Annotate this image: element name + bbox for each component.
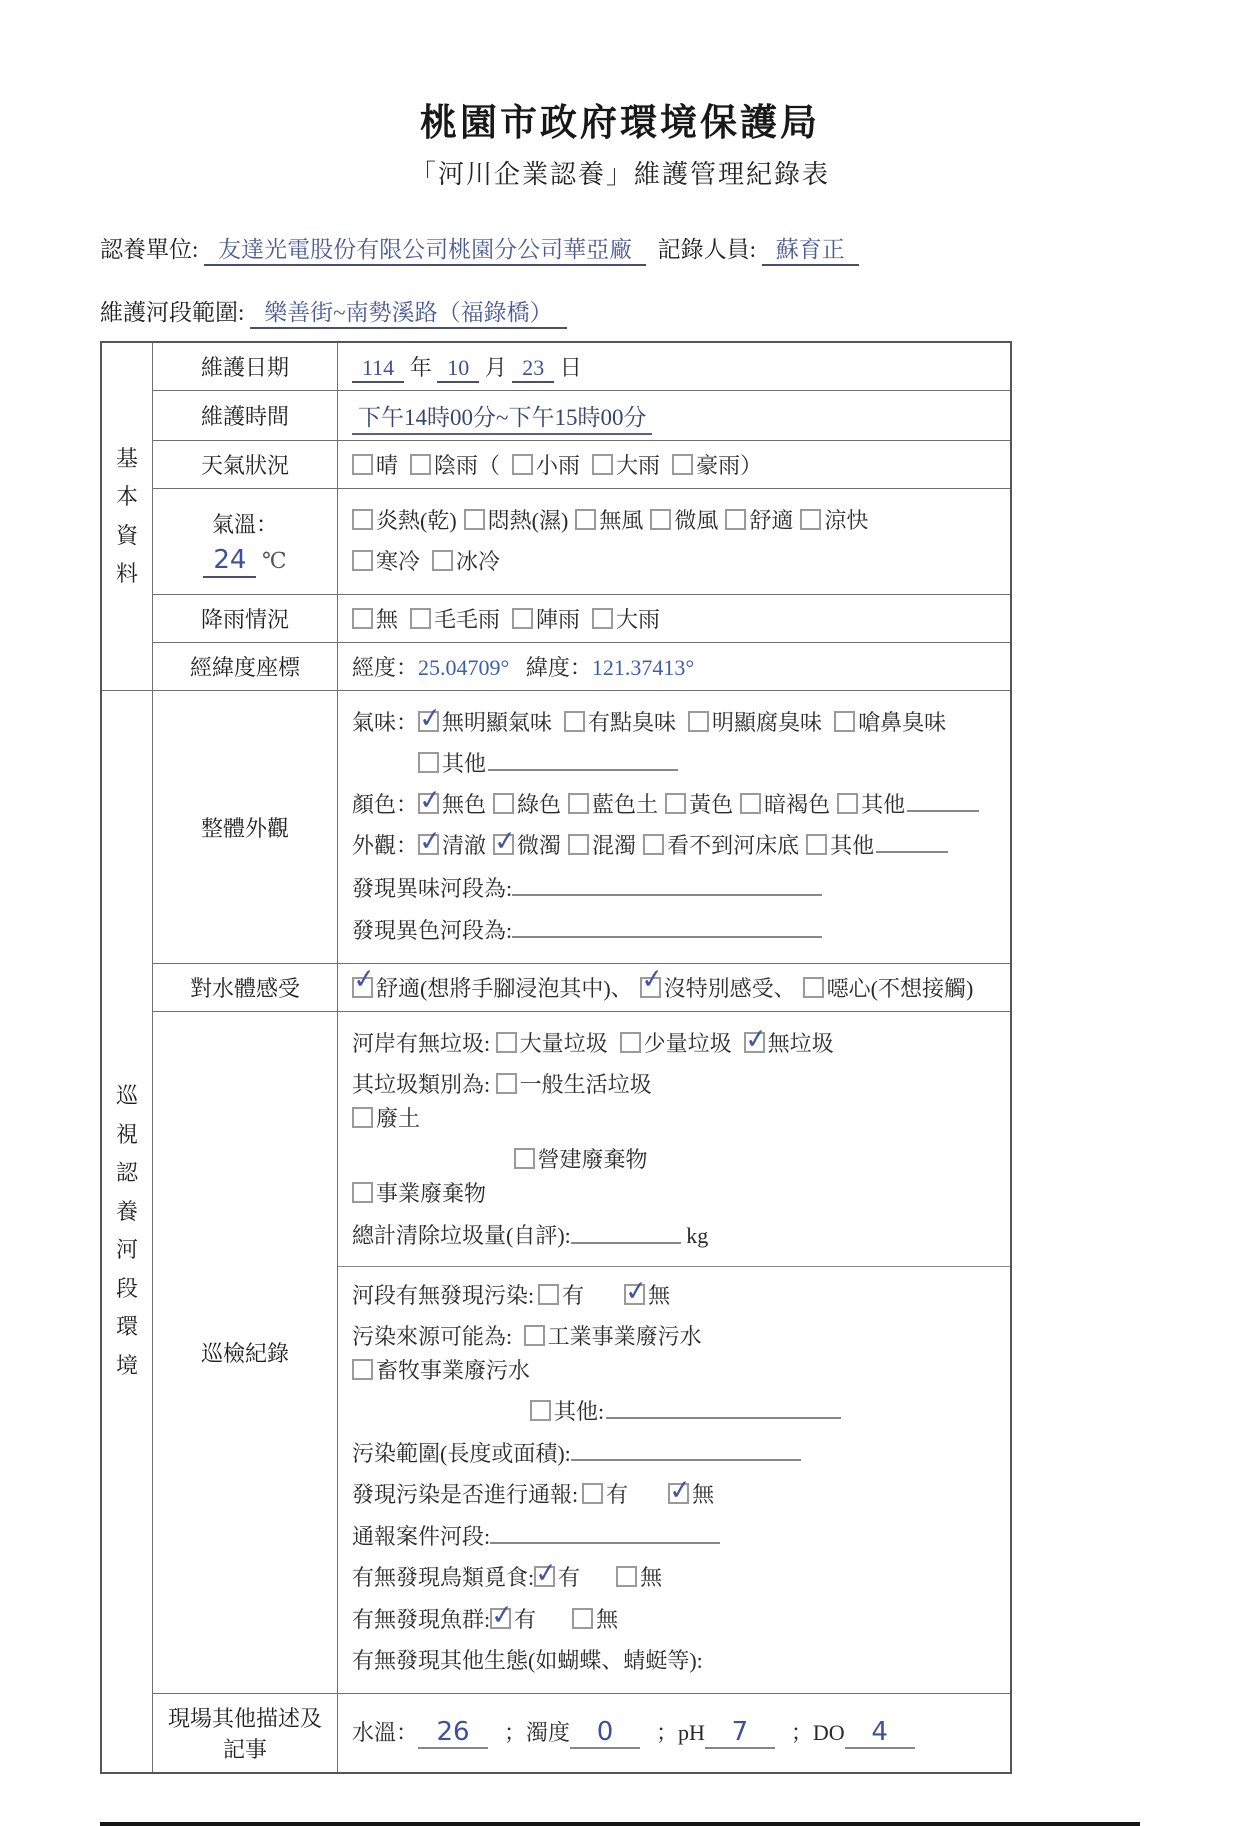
checkbox-option[interactable]: ✓無	[624, 1279, 670, 1313]
date-month-unit: 月	[485, 355, 507, 380]
checkbox-option[interactable]: ✓冰冷	[432, 545, 500, 579]
checkbox: ✓	[352, 550, 373, 571]
temperature-options-cell: ✓炎熱(乾)✓悶熱(濕)✓無風✓微風✓舒適✓涼快 ✓寒冷✓冰冷	[338, 489, 1012, 595]
unit-label: 認養單位:	[100, 237, 198, 262]
checkbox: ✓	[592, 454, 613, 475]
checkbox-option[interactable]: ✓少量垃圾	[620, 1027, 732, 1061]
checkbox: ✓	[806, 834, 827, 855]
checkbox-option[interactable]: ✓有	[490, 1603, 536, 1637]
date-month-value[interactable]: 10	[437, 355, 479, 383]
checkbox: ✓	[665, 793, 686, 814]
checkbox: ✓	[352, 608, 373, 629]
garbage-total-unit: kg	[686, 1224, 708, 1249]
checkbox-option[interactable]: ✓悶熱(濕)	[464, 504, 569, 538]
measurement-field[interactable]: 0	[570, 1717, 640, 1749]
temperature-value[interactable]: 24	[203, 545, 256, 578]
checkbox: ✓	[493, 793, 514, 814]
row-overall-appearance: 巡視認養河段環境 整體外觀 氣味：✓無明顯氣味✓有點臭味✓明顯腐臭味✓嗆鼻臭味 …	[101, 691, 1011, 964]
checkbox-option[interactable]: ✓營建廢棄物	[514, 1143, 814, 1177]
checkbox-option[interactable]: ✓其他	[837, 788, 979, 822]
checkbox-label: 無	[376, 607, 398, 632]
pollution-range-field[interactable]	[571, 1436, 801, 1461]
checkbox-label: 冰冷	[456, 549, 500, 574]
row-rain: 降雨情況 ✓無✓毛毛雨✓陣雨✓大雨	[101, 595, 1011, 643]
checkbox: ✓	[668, 1483, 689, 1504]
checkbox: ✓	[496, 1032, 517, 1053]
rain-options-cell: ✓無✓毛毛雨✓陣雨✓大雨	[338, 595, 1012, 643]
latitude-label: 緯度：	[526, 655, 592, 680]
checkbox-option[interactable]: ✓大雨	[592, 603, 660, 634]
checkbox: ✓	[493, 834, 514, 855]
checkbox: ✓	[640, 977, 661, 998]
measurement-item: ；濁度0	[504, 1716, 640, 1749]
temperature-checkbox-group-1: ✓炎熱(乾)✓悶熱(濕)✓無風✓微風✓舒適✓涼快	[352, 508, 875, 533]
look-prefix: 外觀：	[352, 833, 418, 858]
checkbox-option[interactable]: ✓嗆鼻臭味	[834, 706, 946, 740]
checkbox: ✓	[620, 1032, 641, 1053]
measurement-field[interactable]: 4	[845, 1717, 915, 1749]
source-other-group: ✓其他:	[530, 1399, 853, 1424]
checkbox-option[interactable]: ✓一般生活垃圾	[496, 1068, 796, 1102]
checkbox: ✓	[464, 509, 485, 530]
checkbox: ✓	[800, 509, 821, 530]
checkbox: ✓	[352, 977, 373, 998]
unit-value: 友達光電股份有限公司桃園分公司華亞廠	[204, 237, 646, 266]
checkbox-label: 其他	[861, 792, 905, 817]
odor-reach-label: 發現異味河段為:	[352, 876, 512, 901]
checkbox-label: 一般生活垃圾	[520, 1072, 652, 1097]
checkbox-option[interactable]: ✓明顯腐臭味	[688, 706, 822, 740]
garbage-prefix: 河岸有無垃圾:	[352, 1031, 490, 1056]
checkbox-option[interactable]: ✓看不到河床底	[643, 829, 799, 863]
checkbox: ✓	[432, 550, 453, 571]
row-weather: 天氣狀況 ✓晴✓陰雨（✓小雨✓大雨✓豪雨）	[101, 441, 1011, 489]
checkbox-option[interactable]: ✓噁心(不想接觸)	[803, 972, 974, 1003]
coordinates-value-cell: 經度：25.04709° 緯度：121.37413°	[338, 643, 1012, 691]
checkbox: ✓	[410, 454, 431, 475]
checkbox-label: 藍色土	[592, 792, 658, 817]
measurement-item: ；pH7	[656, 1716, 775, 1749]
temperature-label: 氣溫：	[165, 508, 325, 539]
checkbox-option[interactable]: ✓藍色土	[568, 788, 658, 822]
checkbox: ✓	[744, 1032, 765, 1053]
checkbox-label: 無風	[599, 508, 643, 533]
section-patrol-label: 巡視認養河段環境	[115, 1077, 139, 1385]
checkbox-label: 廢土	[376, 1106, 420, 1131]
checkbox-option[interactable]: ✓有	[534, 1561, 580, 1595]
water-feel-cell: ✓舒適(想將手腳浸泡其中)、✓沒特別感受、✓噁心(不想接觸)	[338, 963, 1012, 1011]
checkbox: ✓	[650, 509, 671, 530]
checkbox-label: 畜牧事業廢污水	[376, 1358, 530, 1383]
row-patrol-record: 巡檢紀錄 河岸有無垃圾: ✓大量垃圾✓少量垃圾✓無垃圾 其垃圾類別為: ✓一般生…	[101, 1011, 1011, 1693]
checkbox: ✓	[592, 608, 613, 629]
patrol-record-label: 巡檢紀錄	[153, 1011, 338, 1693]
checkbox: ✓	[624, 1284, 645, 1305]
checkbox-label: 沒特別感受、	[664, 976, 796, 1001]
checkbox-label: 工業事業廢污水	[548, 1324, 702, 1349]
checkbox-option[interactable]: ✓黃色	[665, 788, 733, 822]
birds-checkbox-group: ✓有✓無	[534, 1565, 698, 1590]
checkbox-label: 舒適	[749, 508, 793, 533]
checkbox: ✓	[616, 1566, 637, 1587]
measurement-item: ；DO4	[791, 1716, 915, 1749]
odor-reach-field[interactable]	[512, 871, 822, 896]
checkbox-label: 無	[596, 1607, 618, 1632]
checkbox-option[interactable]: ✓有	[582, 1478, 628, 1512]
section-basic-label: 基本資料	[115, 440, 139, 594]
checkbox: ✓	[568, 834, 589, 855]
checkbox-label: 無明顯氣味	[442, 710, 552, 735]
color-checkbox-group: ✓無色✓綠色✓藍色土✓黃色✓暗褐色✓其他	[418, 792, 986, 817]
checkbox: ✓	[512, 608, 533, 629]
garbage-total-field[interactable]	[571, 1218, 681, 1243]
document-title: 桃園市政府環境保護局	[100, 92, 1140, 146]
checkbox-option[interactable]: ✓綠色	[493, 788, 561, 822]
checkbox-label: 其他	[830, 833, 874, 858]
measurement-label: ；DO	[791, 1720, 845, 1745]
check-mark-icon: ✓	[743, 1018, 770, 1062]
checkbox: ✓	[490, 1608, 511, 1629]
checkbox-label: 陣雨	[536, 607, 580, 632]
measurement-value: 7	[724, 1717, 757, 1747]
checkbox-label: 微風	[674, 508, 718, 533]
checkbox-option[interactable]: ✓晴	[352, 449, 398, 480]
garbage-total-label: 總計清除垃圾量(自評):	[352, 1224, 571, 1249]
coordinates-label: 經緯度座標	[153, 643, 338, 691]
checkbox: ✓	[564, 711, 585, 732]
checkbox-label: 晴	[376, 453, 398, 478]
weather-checkbox-group: ✓晴✓陰雨（✓小雨✓大雨✓豪雨）	[352, 453, 774, 478]
checkbox-label: 清澈	[442, 833, 486, 858]
row-coordinates: 經緯度座標 經度：25.04709° 緯度：121.37413°	[101, 643, 1011, 691]
checkbox-option[interactable]: ✓其他	[806, 829, 948, 863]
checkbox-option[interactable]: ✓其他:	[530, 1395, 841, 1429]
checkbox-label: 無	[692, 1482, 714, 1507]
garbage-type-group-2: ✓營建廢棄物✓事業廢棄物	[352, 1147, 814, 1206]
source-prefix: 污染來源可能為:	[352, 1324, 512, 1349]
rain-label: 降雨情況	[153, 595, 338, 643]
weather-label: 天氣狀況	[153, 441, 338, 489]
form-table: 基本資料 維護日期 114 年 10 月 23 日 維護時間 下午14時00分~…	[100, 341, 1012, 1774]
checkbox-label: 有	[562, 1283, 584, 1308]
smell-checkbox-group: ✓無明顯氣味✓有點臭味✓明顯腐臭味✓嗆鼻臭味	[418, 710, 958, 735]
latitude-value: 121.37413°	[592, 655, 694, 680]
checkbox: ✓	[418, 711, 439, 732]
color-reach-label: 發現異色河段為:	[352, 918, 512, 943]
checkbox-label: 明顯腐臭味	[712, 710, 822, 735]
checkbox-label: 悶熱(濕)	[488, 508, 569, 533]
check-mark-icon: ✓	[351, 963, 377, 996]
temperature-checkbox-group-2: ✓寒冷✓冰冷	[352, 549, 512, 574]
measurement-label: ；pH	[656, 1720, 705, 1745]
checkbox: ✓	[352, 1359, 373, 1380]
measurement-item: 水溫：26	[352, 1716, 488, 1749]
check-mark-icon: ✓	[417, 820, 444, 864]
checkbox-label: 少量垃圾	[644, 1031, 732, 1056]
checkbox: ✓	[568, 793, 589, 814]
checkbox-label: 黃色	[689, 792, 733, 817]
checkbox-option[interactable]: ✓工業事業廢污水	[524, 1320, 702, 1354]
checkbox-label: 看不到河床底	[667, 833, 799, 858]
rain-checkbox-group: ✓無✓毛毛雨✓陣雨✓大雨	[352, 607, 672, 632]
row-temperature: 氣溫： 24 ℃ ✓炎熱(乾)✓悶熱(濕)✓無風✓微風✓舒適✓涼快 ✓寒冷✓冰冷	[101, 489, 1011, 595]
checkbox: ✓	[352, 1107, 373, 1128]
ecology-label: 有無發現其他生態(如蝴蝶、蜻蜓等):	[352, 1648, 703, 1673]
section-patrol: 巡視認養河段環境	[101, 691, 153, 1773]
overall-appearance-cell: 氣味：✓無明顯氣味✓有點臭味✓明顯腐臭味✓嗆鼻臭味 ✓其他 顏色：✓無色✓綠色✓…	[338, 691, 1012, 964]
checkbox-label: 微濁	[517, 833, 561, 858]
checkbox-label: 小雨	[536, 453, 580, 478]
measurement-value: 26	[428, 1717, 477, 1747]
checkbox-option[interactable]: ✓舒適(想將手腳浸泡其中)、	[352, 972, 633, 1003]
water-feel-label: 對水體感受	[153, 963, 338, 1011]
checkbox-option[interactable]: ✓無垃圾	[744, 1027, 834, 1061]
checkbox: ✓	[672, 454, 693, 475]
checkbox-label: 營建廢棄物	[538, 1147, 648, 1172]
checkbox-label: 有	[558, 1565, 580, 1590]
report-checkbox-group: ✓有✓無	[582, 1482, 754, 1507]
checkbox-option[interactable]: ✓小雨	[512, 449, 580, 480]
report-river-field[interactable]	[490, 1519, 720, 1544]
document-subtitle: 「河川企業認養」維護管理紀錄表	[100, 154, 1140, 191]
site-notes-label: 現場其他描述及記事	[153, 1693, 338, 1773]
measurement-field[interactable]: 7	[705, 1717, 775, 1749]
checkbox: ✓	[725, 509, 746, 530]
checkbox-option[interactable]: ✓炎熱(乾)	[352, 504, 457, 538]
checkbox: ✓	[514, 1148, 535, 1169]
checkbox: ✓	[538, 1284, 559, 1305]
checkbox-option[interactable]: ✓微濁	[493, 829, 561, 863]
check-mark-icon: ✓	[623, 1270, 650, 1314]
smell-other-group: ✓其他	[418, 751, 690, 776]
recorder-label: 記錄人員:	[658, 237, 756, 262]
checkbox: ✓	[534, 1566, 555, 1587]
date-year-unit: 年	[410, 355, 432, 380]
time-value[interactable]: 下午14時00分~下午15時00分	[352, 405, 652, 435]
checkbox-label: 寒冷	[376, 549, 420, 574]
checkbox-label: 暗褐色	[764, 792, 830, 817]
color-prefix: 顏色：	[352, 792, 418, 817]
patrol-divider	[338, 1266, 1010, 1267]
overall-appearance-label: 整體外觀	[153, 691, 338, 964]
water-feel-checkbox-group: ✓舒適(想將手腳浸泡其中)、✓沒特別感受、✓噁心(不想接觸)	[352, 976, 980, 1001]
checkbox-label: 陰雨（	[434, 453, 500, 478]
checkbox-option[interactable]: ✓廢土	[352, 1102, 652, 1136]
checkbox: ✓	[643, 834, 664, 855]
check-mark-icon: ✓	[489, 1593, 516, 1637]
document-page: 桃園市政府環境保護局 「河川企業認養」維護管理紀錄表 認養單位: 友達光電股份有…	[0, 0, 1240, 1826]
check-mark-icon: ✓	[533, 1552, 560, 1596]
measurement-field[interactable]: 26	[418, 1717, 488, 1749]
checkbox-option[interactable]: ✓其他	[418, 747, 678, 781]
checkbox-label: 無垃圾	[768, 1031, 834, 1056]
checkbox-label: 毛毛雨	[434, 607, 500, 632]
row-time: 維護時間 下午14時00分~下午15時00分	[101, 391, 1011, 441]
checkbox-label: 舒適(想將手腳浸泡其中)、	[376, 976, 633, 1001]
checkbox-label: 混濁	[592, 833, 636, 858]
temperature-label-cell: 氣溫： 24 ℃	[153, 489, 338, 595]
checkbox-option[interactable]: ✓無	[352, 603, 398, 634]
checkbox: ✓	[496, 1073, 517, 1094]
checkbox-option[interactable]: ✓清澈	[418, 829, 486, 863]
checkbox-option[interactable]: ✓無明顯氣味	[418, 706, 552, 740]
checkbox-option[interactable]: ✓無色	[418, 788, 486, 822]
checkbox-option[interactable]: ✓混濁	[568, 829, 636, 863]
measurement-value: 4	[863, 1717, 896, 1747]
checkbox-option[interactable]: ✓有	[538, 1279, 584, 1313]
measurement-label: ；濁度	[504, 1720, 570, 1745]
checkbox-label: 大雨	[616, 453, 660, 478]
time-value-cell: 下午14時00分~下午15時00分	[338, 391, 1012, 441]
site-measurements: 水溫：26；濁度0；pH7；DO4	[352, 1720, 931, 1745]
checkbox: ✓	[834, 711, 855, 732]
checkbox-option[interactable]: ✓暗褐色	[740, 788, 830, 822]
color-reach-field[interactable]	[512, 913, 822, 938]
check-mark-icon: ✓	[639, 963, 665, 996]
report-river-label: 通報案件河段:	[352, 1524, 490, 1549]
check-mark-icon: ✓	[492, 820, 519, 864]
checkbox-option[interactable]: ✓無	[668, 1478, 714, 1512]
checkbox-option[interactable]: ✓無風	[575, 504, 643, 538]
checkbox-label: 噁心(不想接觸)	[827, 976, 974, 1001]
birds-prefix: 有無發現鳥類覓食:	[352, 1565, 534, 1590]
patrol-record-cell: 河岸有無垃圾: ✓大量垃圾✓少量垃圾✓無垃圾 其垃圾類別為: ✓一般生活垃圾✓廢…	[338, 1011, 1012, 1693]
checkbox-label: 無色	[442, 792, 486, 817]
checkbox: ✓	[530, 1400, 551, 1421]
checkbox-option[interactable]: ✓寒冷	[352, 545, 420, 579]
time-label: 維護時間	[153, 391, 338, 441]
checkbox: ✓	[512, 454, 533, 475]
range-label: 維護河段範圍:	[100, 300, 244, 325]
row-water-feel: 對水體感受 ✓舒適(想將手腳浸泡其中)、✓沒特別感受、✓噁心(不想接觸)	[101, 963, 1011, 1011]
checkbox-option[interactable]: ✓沒特別感受、	[640, 972, 796, 1003]
fish-prefix: 有無發現魚群:	[352, 1607, 490, 1632]
checkbox-label: 嗆鼻臭味	[858, 710, 946, 735]
checkbox-label: 豪雨）	[696, 453, 762, 478]
row-site-notes: 現場其他描述及記事 水溫：26；濁度0；pH7；DO4	[101, 1693, 1011, 1773]
temperature-unit: ℃	[262, 548, 287, 573]
checkbox: ✓	[803, 977, 824, 998]
measurement-label: 水溫：	[352, 1720, 418, 1745]
bottom-rule	[100, 1822, 1140, 1826]
check-mark-icon: ✓	[667, 1469, 694, 1513]
check-mark-icon: ✓	[417, 779, 444, 823]
checkbox-option[interactable]: ✓有點臭味	[564, 706, 676, 740]
checkbox-option[interactable]: ✓畜牧事業廢污水	[352, 1354, 530, 1388]
checkbox: ✓	[352, 1182, 373, 1203]
checkbox-label: 綠色	[517, 792, 561, 817]
checkbox-option[interactable]: ✓毛毛雨	[410, 603, 500, 634]
checkbox: ✓	[575, 509, 596, 530]
checkbox-option[interactable]: ✓無	[572, 1603, 618, 1637]
checkbox-label: 大雨	[616, 607, 660, 632]
checkbox: ✓	[352, 509, 373, 530]
checkbox: ✓	[582, 1483, 603, 1504]
checkbox-label: 涼快	[824, 508, 868, 533]
longitude-label: 經度：	[352, 655, 418, 680]
checkbox: ✓	[418, 793, 439, 814]
date-value-cell: 114 年 10 月 23 日	[338, 342, 1012, 391]
look-checkbox-group: ✓清澈✓微濁✓混濁✓看不到河床底✓其他	[418, 833, 955, 858]
checkbox-label: 有	[514, 1607, 536, 1632]
checkbox: ✓	[837, 793, 858, 814]
checkbox-label: 炎熱(乾)	[376, 508, 457, 533]
measurement-value: 0	[589, 1717, 622, 1747]
report-prefix: 發現污染是否進行通報:	[352, 1482, 578, 1507]
checkbox: ✓	[572, 1608, 593, 1629]
checkbox-option[interactable]: ✓舒適	[725, 504, 793, 538]
checkbox-option[interactable]: ✓大量垃圾	[496, 1027, 608, 1061]
checkbox: ✓	[524, 1325, 545, 1346]
checkbox-label: 有	[606, 1482, 628, 1507]
checkbox-label: 其他	[442, 751, 486, 776]
weather-options-cell: ✓晴✓陰雨（✓小雨✓大雨✓豪雨）	[338, 441, 1012, 489]
pollution-prefix: 河段有無發現污染:	[352, 1283, 534, 1308]
checkbox-label: 大量垃圾	[520, 1031, 608, 1056]
checkbox-option[interactable]: ✓事業廢棄物	[352, 1177, 652, 1211]
checkbox-label: 其他:	[554, 1399, 604, 1424]
range-value: 樂善街~南勢溪路（福錄橋）	[250, 300, 566, 329]
garbage-checkbox-group: ✓大量垃圾✓少量垃圾✓無垃圾	[496, 1031, 846, 1056]
checkbox-label: 事業廢棄物	[376, 1181, 486, 1206]
checkbox-option[interactable]: ✓陣雨	[512, 603, 580, 634]
site-notes-cell: 水溫：26；濁度0；pH7；DO4	[338, 1693, 1012, 1773]
checkbox: ✓	[410, 608, 431, 629]
checkbox: ✓	[352, 454, 373, 475]
checkbox: ✓	[418, 752, 439, 773]
checkbox-label: 有點臭味	[588, 710, 676, 735]
section-basic-info: 基本資料	[101, 342, 153, 691]
check-mark-icon: ✓	[417, 697, 444, 741]
checkbox-label: 無	[648, 1283, 670, 1308]
adopting-unit-line: 認養單位: 友達光電股份有限公司桃園分公司華亞廠 記錄人員: 蘇育正	[100, 231, 1140, 264]
longitude-value: 25.04709°	[418, 655, 509, 680]
pollution-range-label: 污染範圍(長度或面積):	[352, 1441, 571, 1466]
checkbox-option[interactable]: ✓微風	[650, 504, 718, 538]
checkbox-option[interactable]: ✓豪雨）	[672, 449, 762, 480]
row-date: 基本資料 維護日期 114 年 10 月 23 日	[101, 342, 1011, 391]
date-day-unit: 日	[560, 355, 582, 380]
checkbox: ✓	[688, 711, 709, 732]
checkbox-option[interactable]: ✓陰雨（	[410, 449, 500, 480]
pollution-checkbox-group: ✓有✓無	[538, 1283, 710, 1308]
date-label: 維護日期	[153, 342, 338, 391]
checkbox: ✓	[418, 834, 439, 855]
smell-prefix: 氣味：	[352, 710, 418, 735]
date-day-value[interactable]: 23	[512, 355, 554, 383]
checkbox: ✓	[740, 793, 761, 814]
checkbox-option[interactable]: ✓無	[616, 1561, 662, 1595]
river-range-line: 維護河段範圍: 樂善街~南勢溪路（福錄橋）	[100, 294, 1140, 327]
fish-checkbox-group: ✓有✓無	[490, 1607, 654, 1632]
garbage-type-prefix: 其垃圾類別為:	[352, 1072, 490, 1097]
date-year-value[interactable]: 114	[352, 355, 404, 383]
checkbox-label: 無	[640, 1565, 662, 1590]
recorder-value: 蘇育正	[762, 237, 859, 266]
checkbox-option[interactable]: ✓大雨	[592, 449, 660, 480]
checkbox-option[interactable]: ✓涼快	[800, 504, 868, 538]
